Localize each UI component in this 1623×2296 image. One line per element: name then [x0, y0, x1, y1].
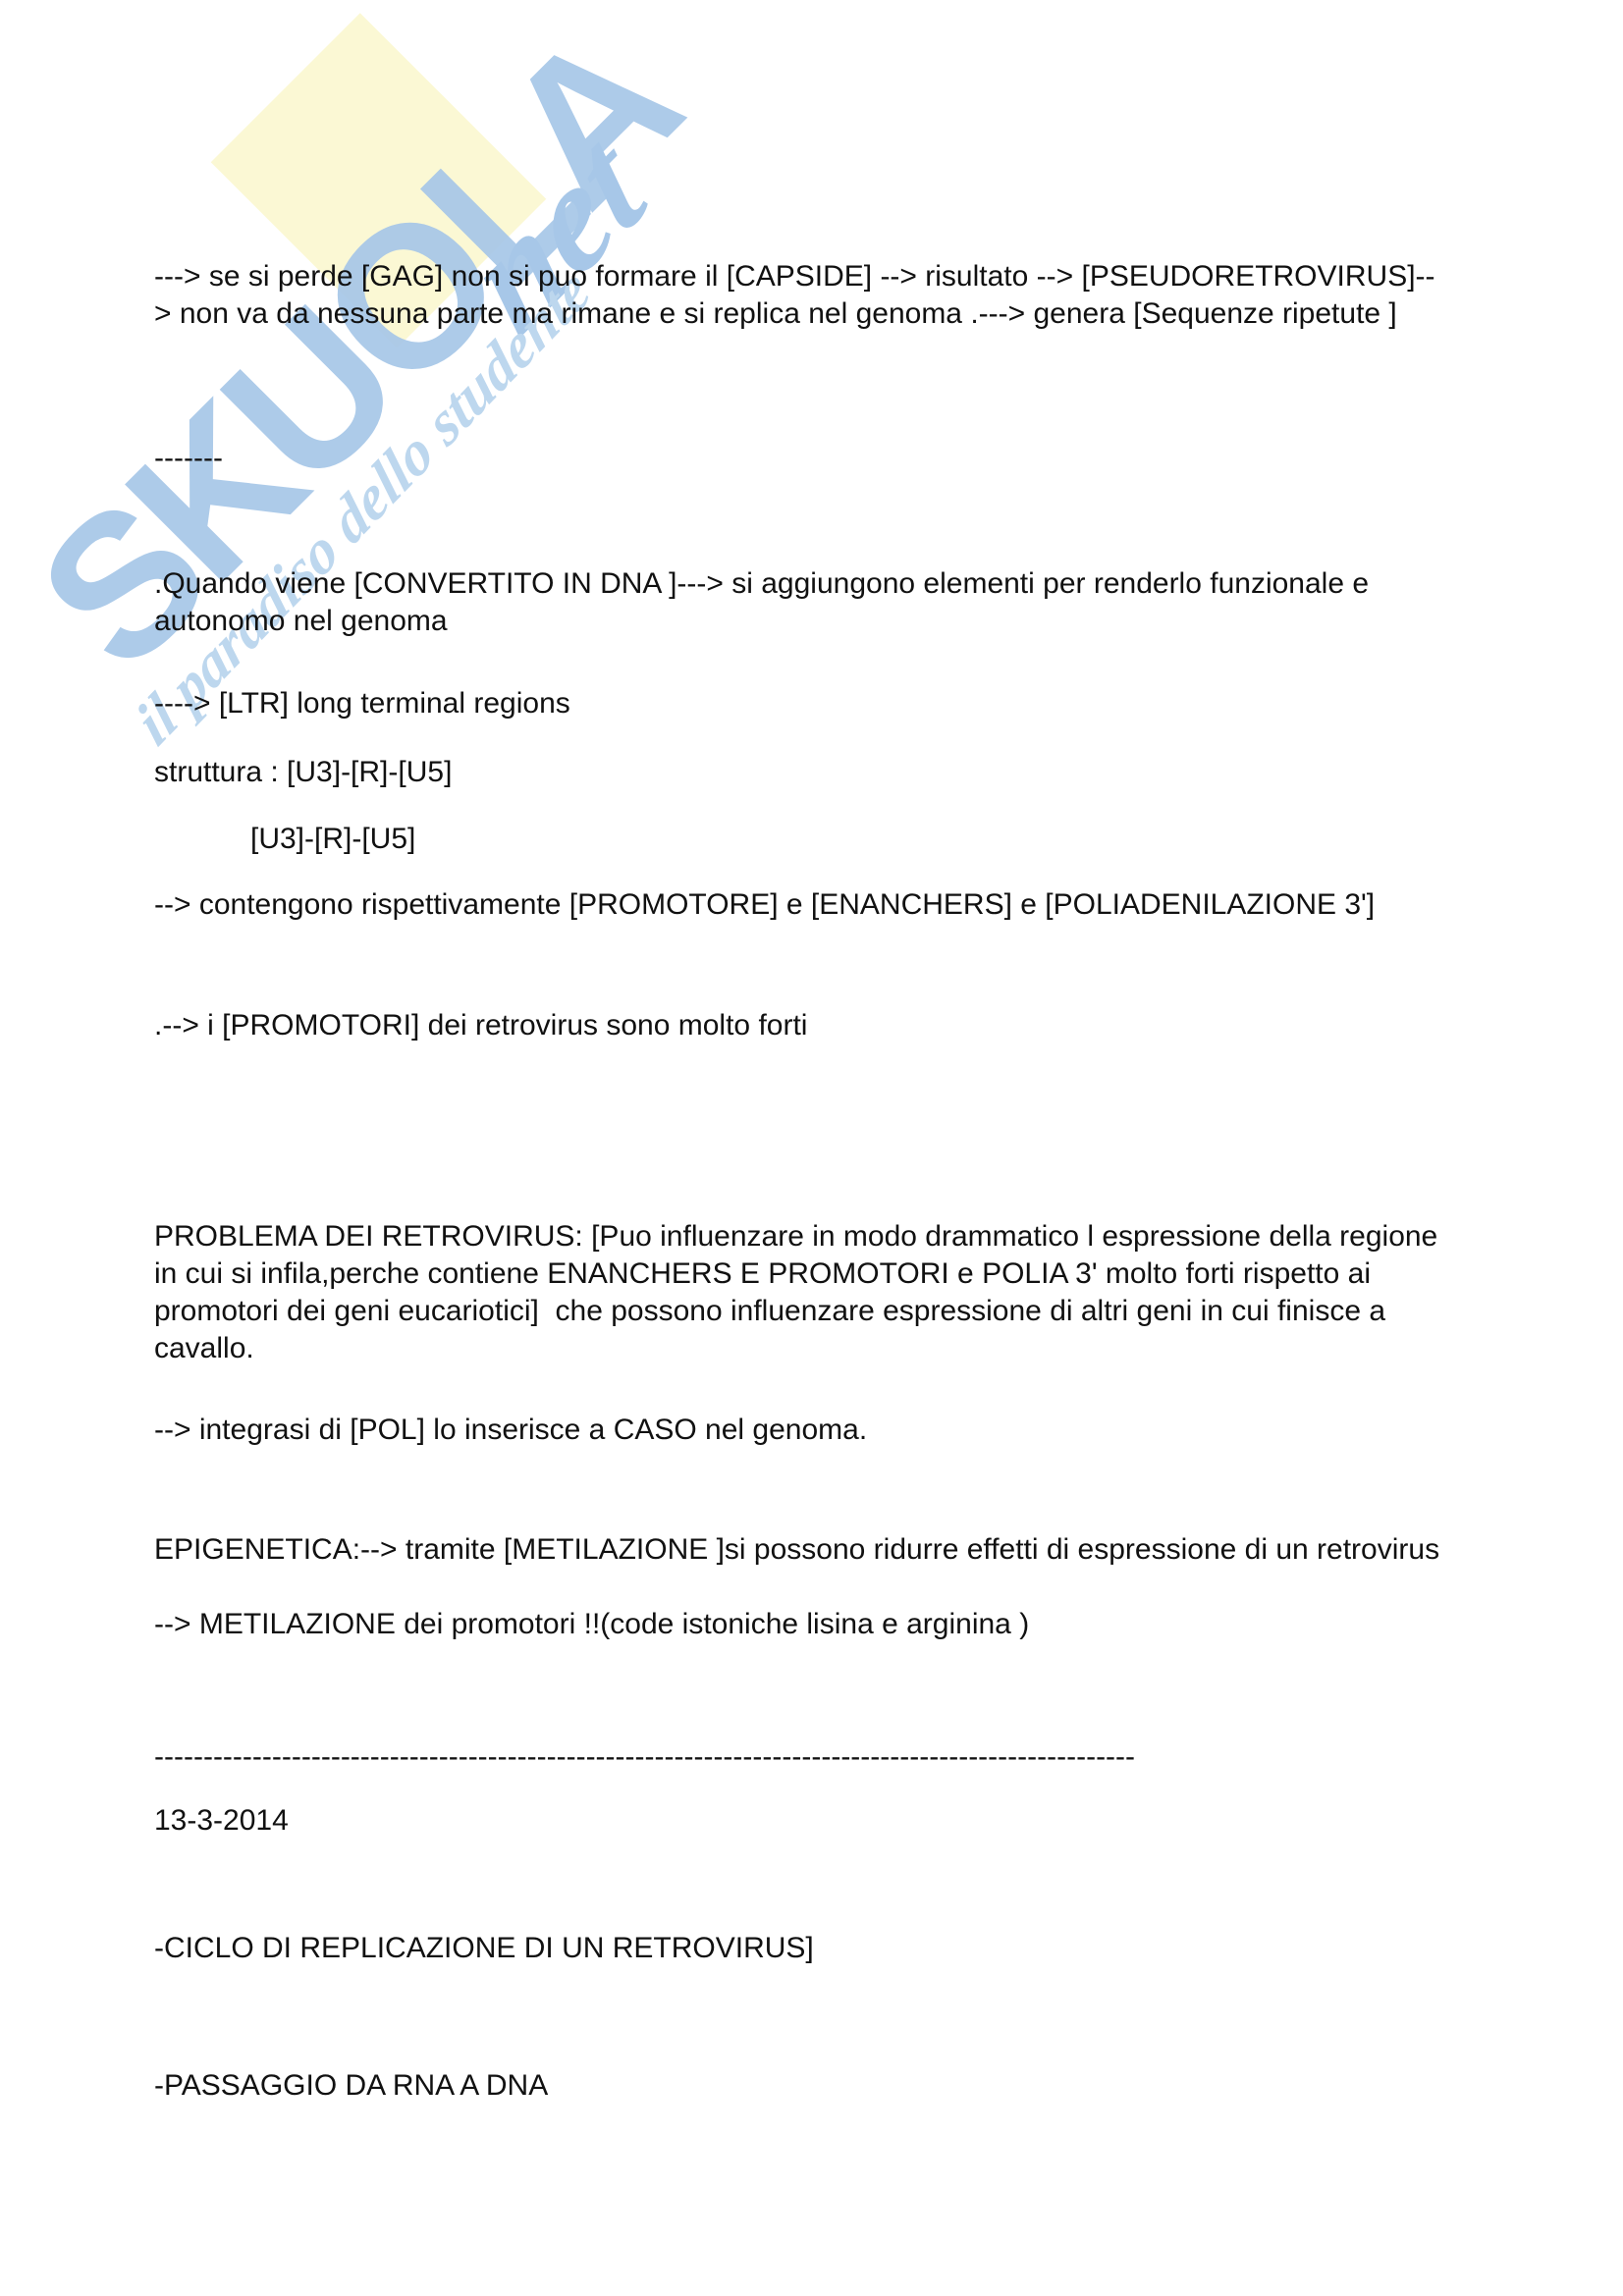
- text-line: -------: [154, 440, 1529, 477]
- paragraph-passaggio-rna-dna: -PASSAGGIO DA RNA A DNA: [154, 2067, 1529, 2105]
- paragraph-integrasi-pol: --> integrasi di [POL] lo inserisce a CA…: [154, 1412, 1529, 1449]
- paragraph-ciclo-replicazione: -CICLO DI REPLICAZIONE DI UN RETROVIRUS]: [154, 1930, 1529, 1967]
- text-line: cavallo.: [154, 1330, 1529, 1367]
- text-line: ---> se si perde [GAG] non si puo formar…: [154, 258, 1529, 295]
- paragraph-promotori-forti: .--> i [PROMOTORI] dei retrovirus sono m…: [154, 1007, 1529, 1044]
- text-line: > non va da nessuna parte ma rimane e si…: [154, 295, 1529, 333]
- text-line: ----------------------------------------…: [154, 1738, 1529, 1776]
- paragraph-metilazione: --> METILAZIONE dei promotori !!(code is…: [154, 1606, 1529, 1643]
- paragraph-struttura-repeat: [U3]-[R]-[U5]: [154, 821, 1529, 858]
- text-line: --> contengono rispettivamente [PROMOTOR…: [154, 886, 1529, 924]
- paragraph-struttura: struttura : [U3]-[R]-[U5]: [154, 754, 1529, 791]
- paragraph-ltr: ----> [LTR] long terminal regions: [154, 685, 1529, 722]
- paragraph-date: 13-3-2014: [154, 1802, 1529, 1840]
- text-line: .Quando viene [CONVERTITO IN DNA ]---> s…: [154, 565, 1529, 603]
- paragraph-problema-retrovirus: PROBLEMA DEI RETROVIRUS: [Puo influenzar…: [154, 1218, 1529, 1367]
- text-line: PROBLEMA DEI RETROVIRUS: [Puo influenzar…: [154, 1218, 1529, 1255]
- text-line: --> integrasi di [POL] lo inserisce a CA…: [154, 1412, 1529, 1449]
- text-line: ----> [LTR] long terminal regions: [154, 685, 1529, 722]
- text-line: --> METILAZIONE dei promotori !!(code is…: [154, 1606, 1529, 1643]
- paragraph-contengono: --> contengono rispettivamente [PROMOTOR…: [154, 886, 1529, 924]
- document-page: SKUOLA net il paradiso dello studente --…: [0, 0, 1623, 2296]
- text-line: struttura : [U3]-[R]-[U5]: [154, 754, 1529, 791]
- text-line: [U3]-[R]-[U5]: [154, 821, 1529, 858]
- text-line: in cui si infila,perche contiene ENANCHE…: [154, 1255, 1529, 1293]
- text-line: autonomo nel genoma: [154, 603, 1529, 640]
- paragraph-gag-capside: ---> se si perde [GAG] non si puo formar…: [154, 258, 1529, 333]
- text-line: 13-3-2014: [154, 1802, 1529, 1840]
- text-line: -PASSAGGIO DA RNA A DNA: [154, 2067, 1529, 2105]
- paragraph-convertito-in-dna: .Quando viene [CONVERTITO IN DNA ]---> s…: [154, 565, 1529, 640]
- text-line: -CICLO DI REPLICAZIONE DI UN RETROVIRUS]: [154, 1930, 1529, 1967]
- paragraph-short-divider: -------: [154, 440, 1529, 477]
- paragraph-epigenetica: EPIGENETICA:--> tramite [METILAZIONE ]si…: [154, 1531, 1529, 1569]
- text-line: promotori dei geni eucariotici] che poss…: [154, 1293, 1529, 1330]
- text-line: EPIGENETICA:--> tramite [METILAZIONE ]si…: [154, 1531, 1529, 1569]
- document-content: ---> se si perde [GAG] non si puo formar…: [154, 0, 1529, 2105]
- text-line: .--> i [PROMOTORI] dei retrovirus sono m…: [154, 1007, 1529, 1044]
- paragraph-long-divider: ----------------------------------------…: [154, 1738, 1529, 1776]
